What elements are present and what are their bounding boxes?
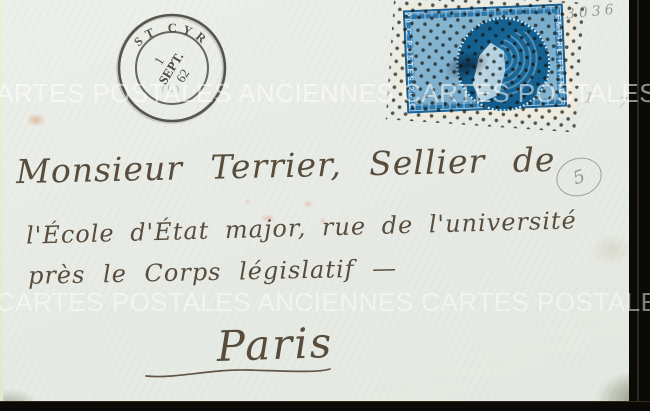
photo-border-bottom [0,401,650,411]
postmark: ST CYR (C) 1 SEPT. 62 [110,6,234,130]
watermark-band-top: ARTES POSTALES ANCIENNES CARTES POSTALES… [0,78,650,109]
photo-edge-left [0,0,3,411]
photo-border-right [629,0,650,411]
city-underline-flourish [140,364,336,382]
envelope-photo: ST CYR (C) 1 SEPT. 62 20 C POSTES 20 C E… [0,0,650,411]
pencil-circled-value: 5 [570,165,587,189]
watermark-band-bottom: CARTES POSTALES ANCIENNES CARTES POSTALE… [0,287,650,318]
